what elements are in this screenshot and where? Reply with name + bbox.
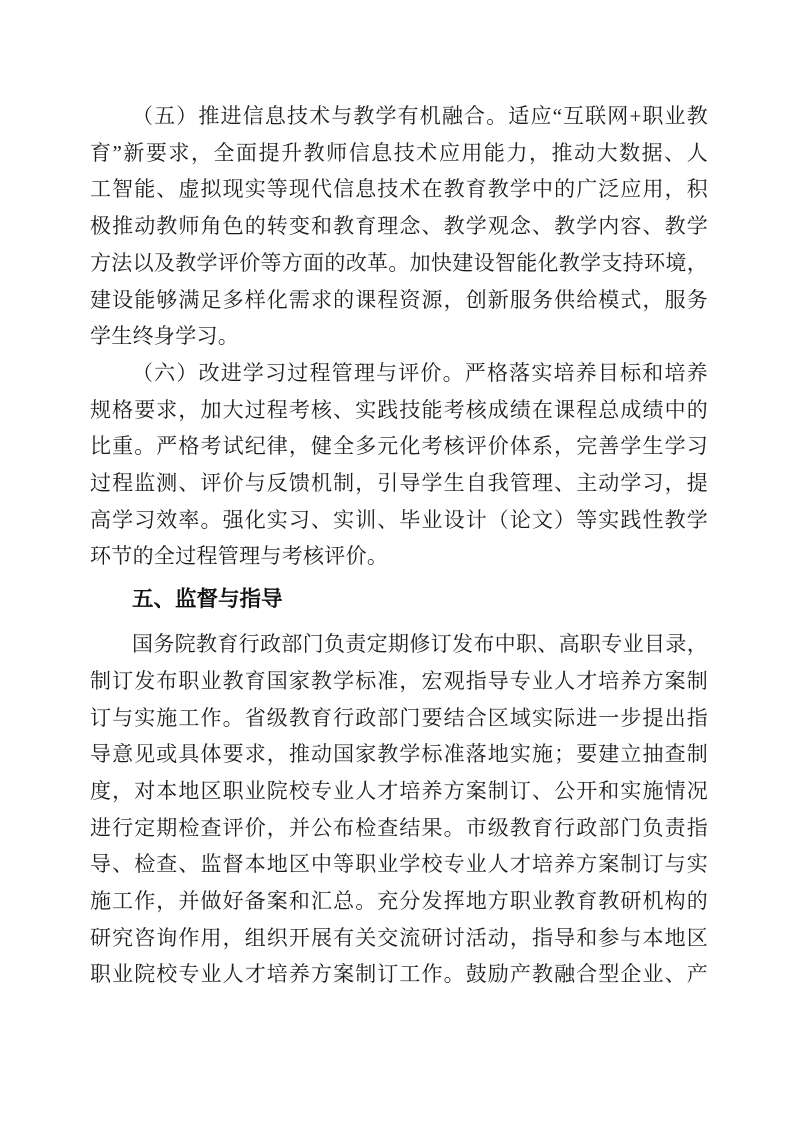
text-line: 建设能够满足多样化需求的课程资源，创新服务供给模式，服务 bbox=[90, 282, 708, 319]
text-line: 进行定期检查评价，并公布检查结果。市级教育行政部门负责指 bbox=[90, 810, 708, 847]
text-line: 导意见或具体要求，推动国家教学标准落地实施；要建立抽查制 bbox=[90, 736, 708, 773]
text-line: 学生终身学习。 bbox=[90, 318, 708, 355]
text-line: 环节的全过程管理与考核评价。 bbox=[90, 538, 708, 575]
text-line: 育”新要求，全面提升教师信息技术应用能力，推动大数据、人 bbox=[90, 135, 708, 172]
text-line: 职业院校专业人才培养方案制订工作。鼓励产教融合型企业、产 bbox=[90, 956, 708, 993]
text-line: 比重。严格考试纪律，健全多元化考核评价体系，完善学生学习 bbox=[90, 428, 708, 465]
text-line: （六）改进学习过程管理与评价。严格落实培养目标和培养 bbox=[90, 355, 708, 392]
text-line: 施工作，并做好备案和汇总。充分发挥地方职业教育教研机构的 bbox=[90, 883, 708, 920]
document-page: （五）推进信息技术与教学有机融合。适应“互联网+职业教 育”新要求，全面提升教师… bbox=[0, 0, 794, 1122]
text-column: （五）推进信息技术与教学有机融合。适应“互联网+职业教 育”新要求，全面提升教师… bbox=[90, 98, 708, 993]
paragraph-supervision: 国务院教育行政部门负责定期修订发布中职、高职专业目录， 制订发布职业教育国家教学… bbox=[90, 626, 708, 993]
text-line: 导、检查、监督本地区中等职业学校专业人才培养方案制订与实 bbox=[90, 846, 708, 883]
text-line: 度，对本地区职业院校专业人才培养方案制订、公开和实施情况 bbox=[90, 773, 708, 810]
text-line: 过程监测、评价与反馈机制，引导学生自我管理、主动学习，提 bbox=[90, 465, 708, 502]
text-line: 工智能、虚拟现实等现代信息技术在教育教学中的广泛应用，积 bbox=[90, 171, 708, 208]
section-heading-supervision: 五、监督与指导 bbox=[90, 581, 708, 618]
text-line: 规格要求，加大过程考核、实践技能考核成绩在课程总成绩中的 bbox=[90, 392, 708, 429]
text-line: 高学习效率。强化实习、实训、毕业设计（论文）等实践性教学 bbox=[90, 502, 708, 539]
paragraph-item-6: （六）改进学习过程管理与评价。严格落实培养目标和培养 规格要求，加大过程考核、实… bbox=[90, 355, 708, 575]
text-line: （五）推进信息技术与教学有机融合。适应“互联网+职业教 bbox=[90, 98, 708, 135]
paragraph-item-5: （五）推进信息技术与教学有机融合。适应“互联网+职业教 育”新要求，全面提升教师… bbox=[90, 98, 708, 355]
text-line: 订与实施工作。省级教育行政部门要结合区域实际进一步提出指 bbox=[90, 700, 708, 737]
text-line: 制订发布职业教育国家教学标准，宏观指导专业人才培养方案制 bbox=[90, 663, 708, 700]
text-line: 极推动教师角色的转变和教育理念、教学观念、教学内容、教学 bbox=[90, 208, 708, 245]
text-line: 国务院教育行政部门负责定期修订发布中职、高职专业目录， bbox=[90, 626, 708, 663]
text-line: 研究咨询作用，组织开展有关交流研讨活动，指导和参与本地区 bbox=[90, 920, 708, 957]
text-line: 方法以及教学评价等方面的改革。加快建设智能化教学支持环境， bbox=[90, 245, 708, 282]
